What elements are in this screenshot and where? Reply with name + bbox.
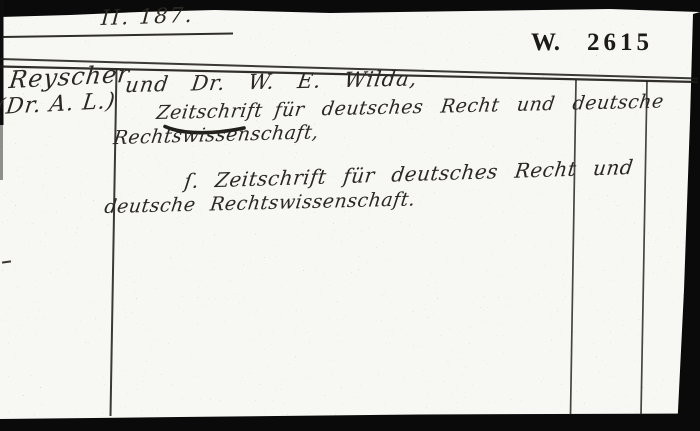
shelfmark-number: 2615 [587, 29, 653, 56]
see-marker: ſ. [183, 169, 201, 194]
page-number-underline [2, 34, 233, 38]
shelfmark-letter: W. [531, 29, 560, 56]
see-reference-line-2: deutsche Rechtswissenschaft. [103, 188, 417, 218]
page-number: II. 187. [100, 3, 194, 30]
entry-line-2: Zeitschriftfür deutsches Recht und deuts… [155, 90, 665, 124]
author-qualifier: (Dr. A. L.) [0, 89, 117, 120]
shelfmark-stamp: W.2615 [531, 29, 653, 57]
entry-line-1: und Dr. W. E. Wilda, [124, 66, 420, 97]
see-reference-line-1: ſ.Zeitschrift für deutsches Recht und [183, 155, 635, 193]
entry-title-rest: für deutsches Recht und deutsche [273, 90, 665, 121]
entry-title-underlined: Zeitschrift [155, 100, 264, 124]
see-reference-text: Zeitschrift für deutsches Recht und [214, 155, 635, 192]
scan-edge-bottom [0, 414, 700, 431]
catalog-card: II. 187. W.2615 Reyscher (Dr. A. L.) und… [0, 0, 700, 431]
column-divider-right-1 [571, 80, 577, 415]
column-divider-author [111, 69, 117, 416]
scan-edge-left-fade [0, 125, 3, 180]
scan-edge-right [677, 12, 700, 431]
stray-ink-mark [2, 260, 11, 263]
entry-line-3: Rechtswissenschaft, [112, 121, 320, 149]
column-divider-right-2 [641, 81, 647, 415]
